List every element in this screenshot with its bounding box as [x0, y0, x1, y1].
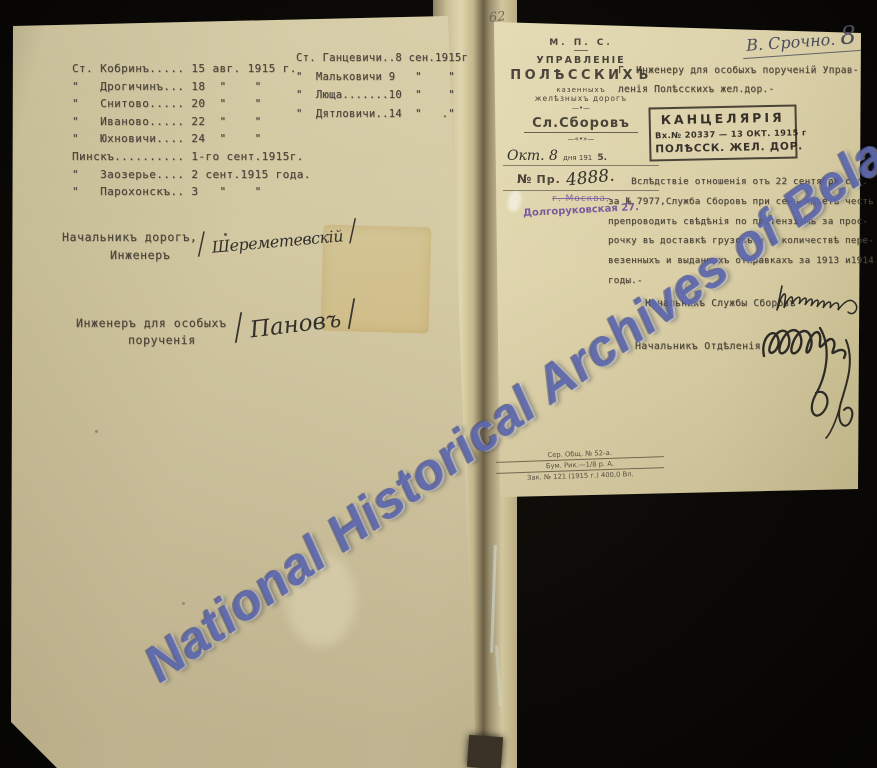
letter-body: Вслѣдствіе отношенія отъ 22 сентября с.г…: [608, 172, 866, 291]
printer-info: Сер. Общ. № 52-а. Бум. Рик.—1/8 р. А. За…: [496, 447, 665, 483]
letterhead-ornament: —«•»—: [503, 135, 659, 143]
spine-tail: [467, 735, 503, 768]
left-signer-role-1: Начальникъ дорогъ,: [62, 230, 197, 244]
station-row: " Дрогичинъ... 18 " ": [72, 78, 311, 96]
body-line: за № 7977,Служба Сборовъ при семъ имѣетъ…: [608, 192, 866, 212]
addressee-line: Г. Инженеру для особыхъ порученій Управ-: [618, 62, 859, 81]
signature-slash: /: [195, 226, 208, 262]
signature-flourish-large: [756, 292, 874, 440]
number-sign: №: [517, 172, 531, 186]
body-line: рочку въ доставкѣ грузовъ и о количествѣ…: [608, 231, 866, 251]
resolution-text: В. Срочно.: [746, 30, 836, 55]
stamp-line-1: КАНЦЕЛЯРІЯ: [655, 110, 791, 128]
body-line: везенныхъ и выданныхъ отправкахъ за 1913…: [608, 251, 866, 271]
body-line: Вслѣдствіе отношенія отъ 22 сентября с.г…: [608, 172, 866, 192]
station-row: " Заозерье.... 2 сент.1915 года.: [72, 166, 311, 184]
stamp-line-2: Вх.№ 20337 — 13 ОКТ. 1915 г: [655, 128, 791, 141]
station-date-list-col1: Ст. Кобринъ..... 15 авг. 1915 г. " Дроги…: [72, 60, 311, 201]
station-row: " Юхновичи.... 24 " ": [72, 130, 311, 148]
letterhead-rule: [574, 50, 588, 51]
body-line: препроводить свѣдѣнія по претензіямъ за …: [608, 212, 866, 232]
letterhead-department: Сл.Сборовъ: [524, 116, 638, 133]
date-line: Окт. 8 дня 191 5.: [503, 145, 659, 166]
left-signer-role-2: Инженеръ для особыхъ: [76, 316, 226, 330]
left-signer-role-1b: Инженеръ: [110, 248, 170, 262]
station-row: " Люща.......10 " ": [296, 86, 468, 105]
station-row: " Парохонскъ.. 3 " ": [72, 183, 311, 201]
number-label: Пр.: [537, 173, 561, 186]
paper-stain: [286, 552, 356, 647]
right-signer-role-2: Начальникъ Отдѣленія: [635, 341, 761, 352]
ink-speck: [182, 602, 185, 605]
photographed-document-spread: Ст. Кобринъ..... 15 авг. 1915 г. " Дроги…: [0, 0, 877, 768]
station-date-list-col2: Ст. Ганцевичи..8 сен.1915г " Мальковичи …: [296, 49, 468, 123]
letterhead-ministry: М. П. С.: [503, 38, 659, 48]
letterhead-ornament: —•—: [503, 104, 659, 112]
station-row: Ст. Кобринъ..... 15 авг. 1915 г.: [72, 60, 311, 78]
date-handwritten: Окт. 8: [507, 148, 558, 164]
left-signer-role-2b: порученія: [128, 333, 196, 347]
station-row: " Снитово..... 20 " ": [72, 95, 311, 113]
date-printed: дня 191: [563, 154, 592, 162]
date-year: 5.: [597, 153, 607, 163]
registry-stamp: КАНЦЕЛЯРІЯ Вх.№ 20337 — 13 ОКТ. 1915 г П…: [648, 104, 797, 161]
station-row: Пинскъ.......... 1-го сент.1915г.: [72, 148, 311, 166]
resolution-number: 8: [839, 20, 857, 50]
folio-number-pencil: 62: [488, 9, 506, 26]
station-row: Ст. Ганцевичи..8 сен.1915г: [296, 49, 468, 68]
station-row: " Иваново..... 22 " ": [72, 113, 311, 131]
addressee: Г. Инженеру для особыхъ порученій Управ-…: [618, 62, 859, 99]
stamp-line-3: ПОЛѢССК. ЖЕЛ. ДОР.: [655, 141, 791, 156]
addressee-line: ленія Полѣсскихъ жел.дор.-: [618, 81, 859, 100]
station-row: " Мальковичи 9 " ": [296, 68, 468, 87]
ink-speck: [95, 430, 98, 433]
station-row: " Дятловичи..14 " .": [296, 105, 468, 124]
